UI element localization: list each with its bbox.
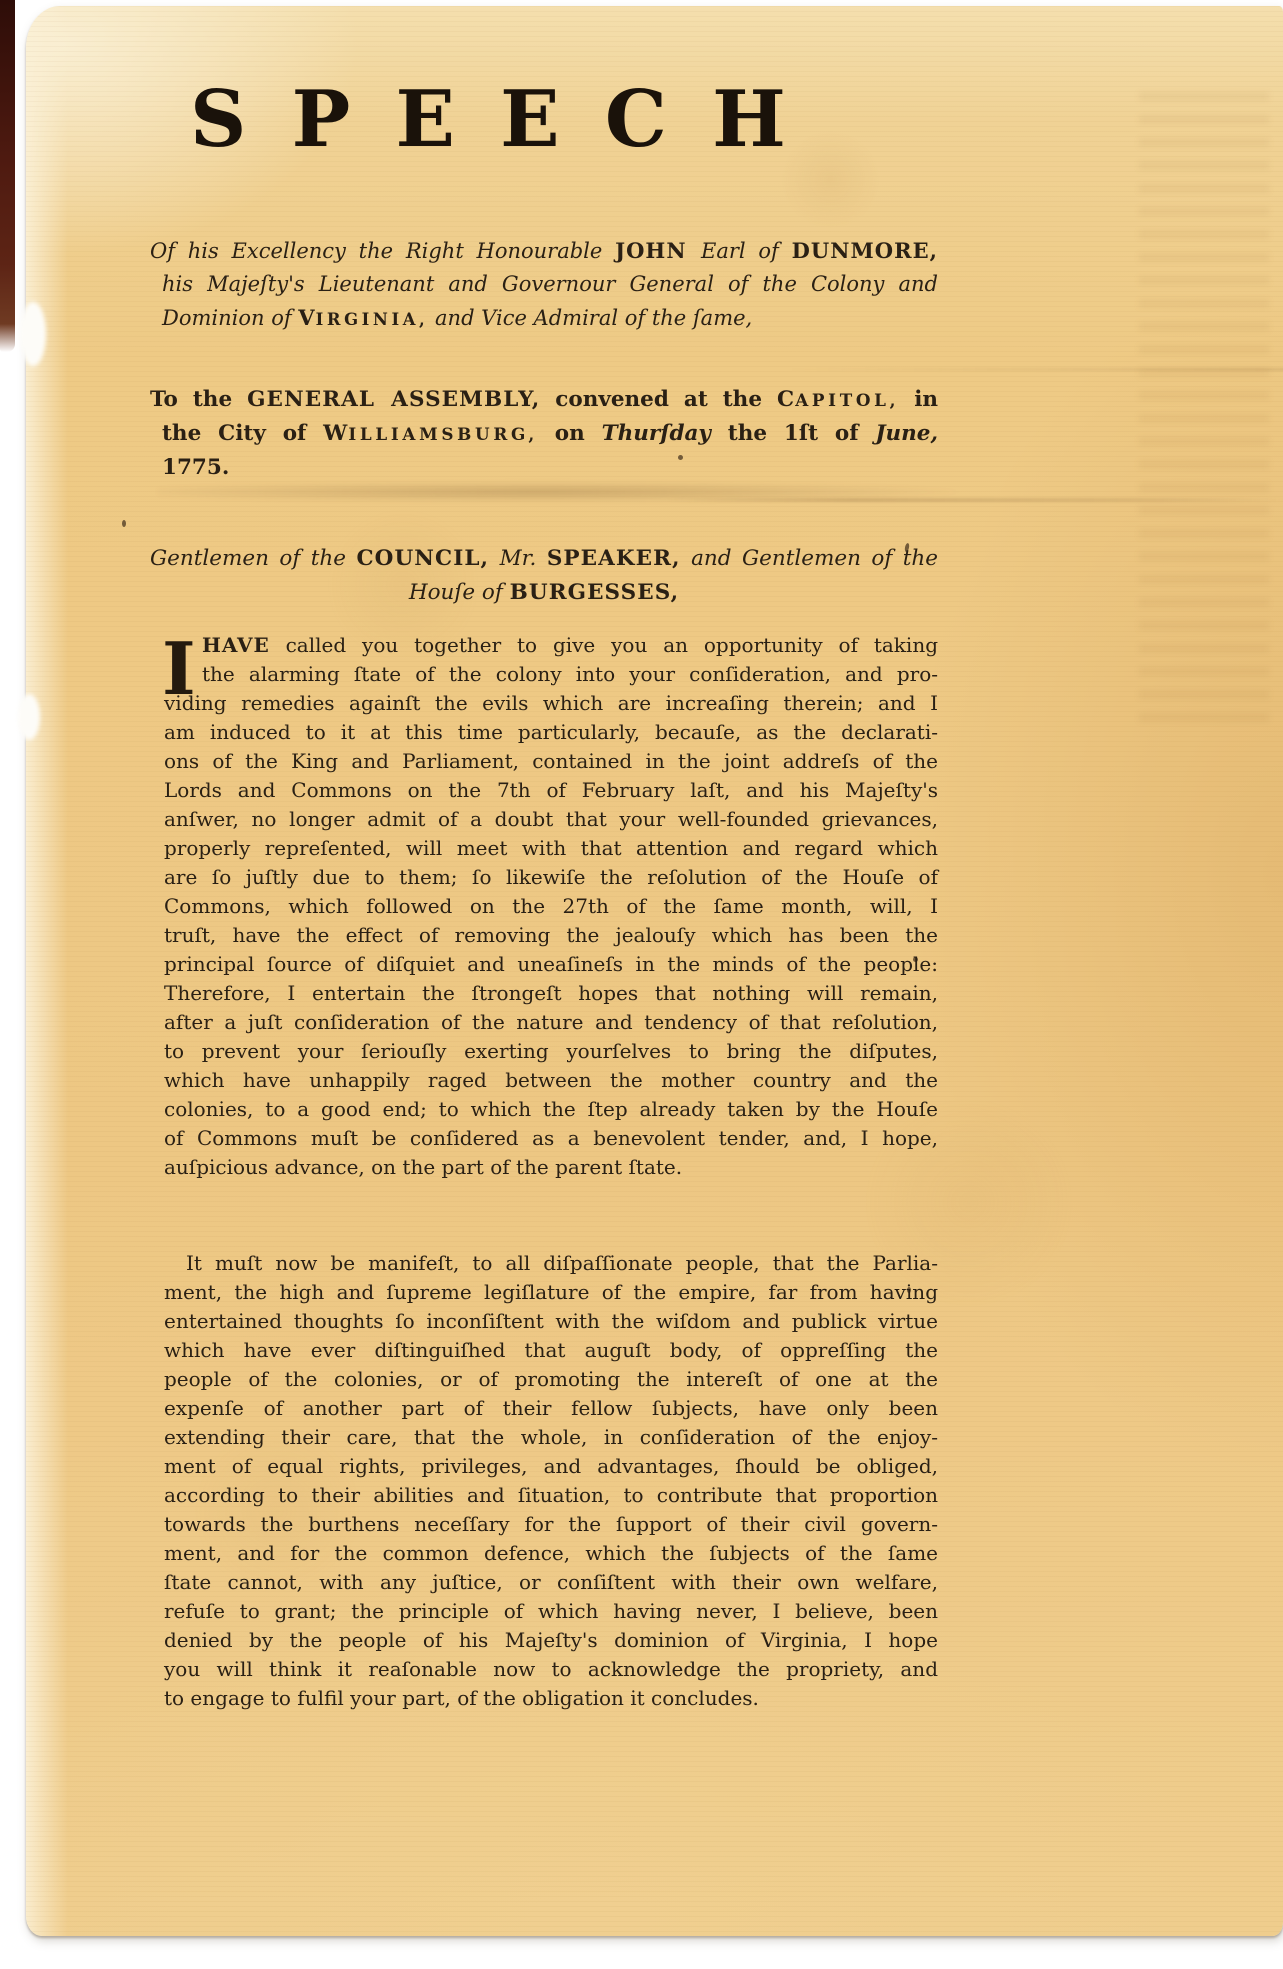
text-line: his Majeſty's Lieutenant and Governour G…	[150, 268, 938, 301]
verso-bleed-through	[1139, 92, 1269, 732]
text-line: principal ſource of diſquiet and uneaſin…	[164, 950, 938, 979]
text-line: of Commons muſt be conſidered as a benev…	[164, 1124, 938, 1153]
text-line: Houſe of BURGESSES,	[150, 576, 938, 610]
text-line: entertained thoughts ſo inconſiſtent wit…	[164, 1307, 938, 1336]
text-line: are ſo juſtly due to them; ſo likewiſe t…	[164, 863, 938, 892]
text-line: Gentlemen of the COUNCIL, Mr. SPEAKER, a…	[150, 542, 938, 576]
text-line: refuſe to grant; the principle of which …	[164, 1597, 938, 1626]
stain-speck	[122, 520, 126, 527]
text-line: ment of equal rights, privileges, and ad…	[164, 1452, 938, 1481]
text-line: viding remedies againſt the evils which …	[164, 689, 938, 718]
torn-edge-notch	[18, 694, 40, 740]
photo-edge-shadow	[0, 0, 15, 352]
text-line: ment, the high and ſupreme legiſlature o…	[164, 1278, 938, 1307]
text-line: It muſt now be manifeſt, to all diſpaſſi…	[164, 1249, 938, 1278]
text-line: truſt, have the effect of removing the j…	[164, 921, 938, 950]
text-line: people of the colonies, or of promoting …	[164, 1365, 938, 1394]
text-line: ons of the King and Parliament, containe…	[164, 747, 938, 776]
text-line: according to their abilities and ſituati…	[164, 1481, 938, 1510]
text-line: expenſe of another part of their fellow …	[164, 1394, 938, 1423]
text-line: denied by the people of his Majeſty's do…	[164, 1626, 938, 1655]
text-line: which have ever diſtinguiſhed that auguſ…	[164, 1336, 938, 1365]
text-line: after a juſt conſideration of the nature…	[164, 1008, 938, 1037]
text-line: which have unhappily raged between the m…	[164, 1066, 938, 1095]
text-line: properly repreſented, will meet with tha…	[164, 834, 938, 863]
document-scan: SPEECH Of his Excellency the Right Honou…	[0, 0, 1283, 1969]
text-line: ment, and for the common defence, which …	[164, 1539, 938, 1568]
text-line: Dominion of VIRGINIA, and Vice Admiral o…	[150, 301, 938, 336]
text-line: anſwer, no longer admit of a doubt that …	[164, 805, 938, 834]
text-line: extending their care, that the whole, in…	[164, 1423, 938, 1452]
text-line: ſtate cannot, with any juſtice, or conſi…	[164, 1568, 938, 1597]
text-line: Commons, which followed on the 27th of t…	[164, 892, 938, 921]
text-line: towards the burthens neceſſary for the ſ…	[164, 1510, 938, 1539]
paragraph-1: I HAVE called you together to give you a…	[150, 631, 938, 1182]
document-page: SPEECH Of his Excellency the Right Honou…	[26, 6, 1283, 1936]
text-line: am induced to it at this time particular…	[164, 718, 938, 747]
text-line: Therefore, I entertain the ſtrongeſt hop…	[164, 979, 938, 1008]
address-block: To the GENERAL ASSEMBLY, convened at the…	[150, 383, 938, 484]
text-line: to prevent your ſeriouſly exerting yourſ…	[164, 1037, 938, 1066]
text-line: HAVE called you together to give you an …	[164, 631, 938, 660]
text-line: to engage to fulfil your part, of the ob…	[164, 1684, 938, 1713]
text-line: Of his Excellency the Right Honourable J…	[150, 234, 938, 268]
torn-edge-notch	[20, 302, 46, 366]
page-title: SPEECH	[190, 76, 938, 163]
subtitle-block: Of his Excellency the Right Honourable J…	[150, 234, 938, 336]
text-line: Lords and Commons on the 7th of February…	[164, 776, 938, 805]
drop-cap: I	[162, 633, 196, 705]
salutation-block: Gentlemen of the COUNCIL, Mr. SPEAKER, a…	[150, 542, 938, 610]
paragraph-2: It muſt now be manifeſt, to all diſpaſſi…	[150, 1249, 938, 1713]
text-line: the City of WILLIAMSBURG, on Thurſday th…	[150, 417, 938, 451]
text-column: SPEECH Of his Excellency the Right Honou…	[150, 6, 938, 1713]
text-line: auſpicious advance, on the part of the p…	[164, 1153, 938, 1182]
text-line: you will think it reaſonable now to ackn…	[164, 1655, 938, 1684]
text-line: 1775.	[150, 451, 938, 484]
text-line: To the GENERAL ASSEMBLY, convened at the…	[150, 383, 938, 417]
text-line: colonies, to a good end; to which the ſt…	[164, 1095, 938, 1124]
text-line: the alarming ſtate of the colony into yo…	[164, 660, 938, 689]
